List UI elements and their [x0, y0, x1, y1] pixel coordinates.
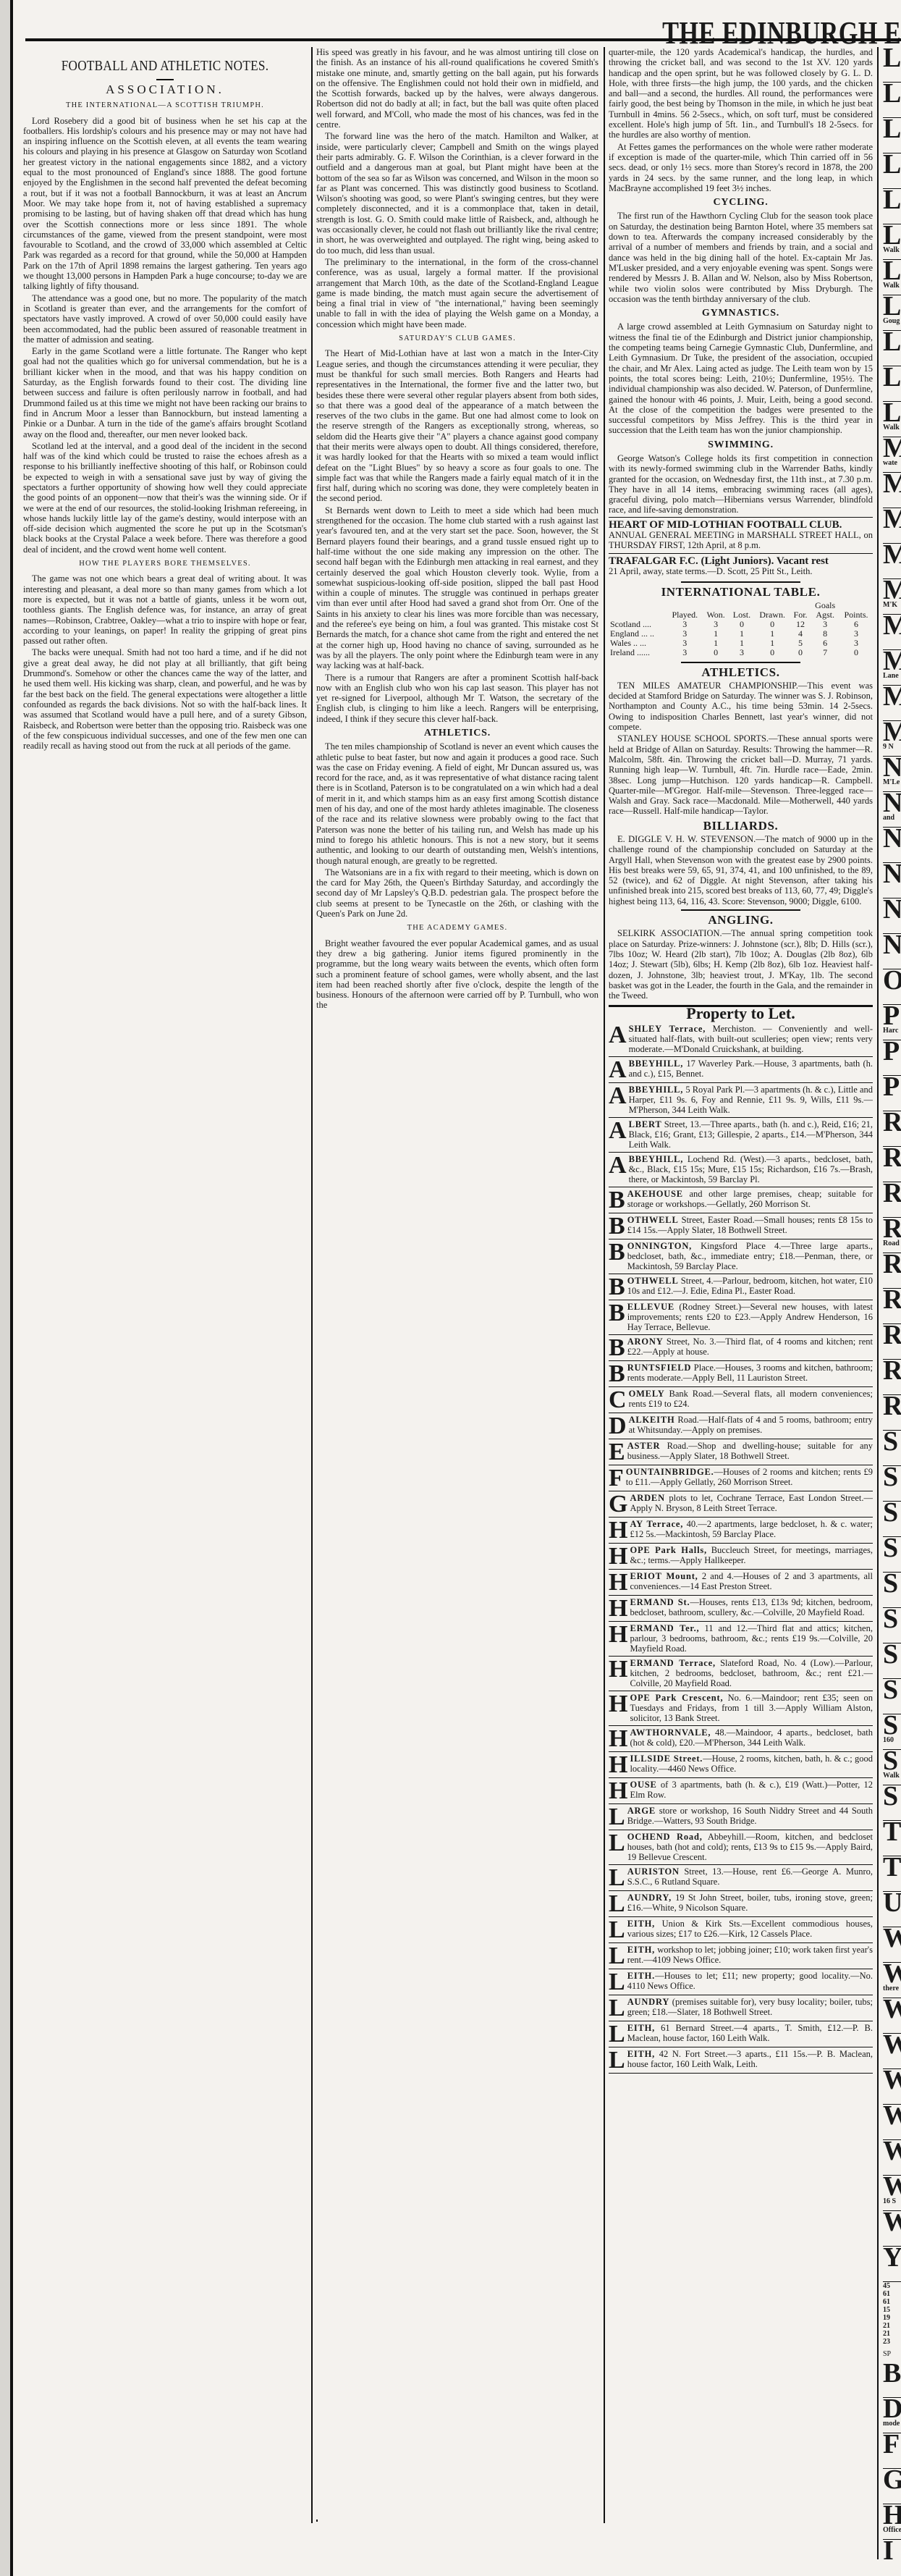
section-heading-athletics: ATHLETICS. — [609, 668, 873, 678]
cropped-listing: S — [883, 1785, 901, 1821]
drop-cap: L — [883, 153, 901, 175]
cropped-listing: O — [883, 969, 901, 1005]
cell: 1 — [729, 629, 754, 639]
notice-trafalgar: TRAFALGAR F.C. (Light Juniors). Vacant r… — [609, 553, 873, 579]
goals-label: Goals — [811, 601, 839, 610]
table-title: INTERNATIONAL TABLE. — [609, 587, 873, 597]
listing-text: Street, 13.—Three aparts., bath (h. and … — [629, 1119, 873, 1150]
drop-cap: M — [883, 650, 901, 672]
listing-fragment: Harc — [883, 1027, 901, 1035]
paragraph: George Watson's College holds its first … — [609, 453, 873, 515]
drop-cap: C — [609, 1390, 627, 1410]
cell: 1 — [755, 629, 790, 639]
column-sports-and-property: quarter-mile, the 120 yards Academical's… — [609, 47, 873, 2574]
listing-lead: OPE Park Crescent, — [630, 1693, 723, 1703]
property-listing: EASTER Road.—Shop and dwelling-house; su… — [609, 1439, 873, 1465]
team-name: England ... .. — [609, 629, 667, 639]
drop-cap: L — [609, 1998, 625, 2019]
paragraph: The forward line was the hero of the mat… — [316, 131, 598, 256]
cropped-listing: R — [883, 1147, 901, 1182]
title-rule — [156, 79, 174, 80]
property-listing: LAURISTON Street, 13.—House, rent £6.—Ge… — [609, 1865, 873, 1891]
property-listing: HAWTHORNVALE, 48.—Maindoor, 4 aparts., b… — [609, 1726, 873, 1752]
cell: 0 — [790, 648, 811, 657]
cropped-listing: Wthere — [883, 1963, 901, 1998]
drop-cap: N — [883, 757, 901, 778]
property-listing: LEITH, workshop to let; jobbing joiner; … — [609, 1943, 873, 1969]
column-divider — [604, 47, 605, 2523]
listing-text: Road.—Shop and dwelling-house; suitable … — [627, 1441, 873, 1461]
column-header: Lost. — [729, 610, 754, 620]
page-edge-rule — [10, 0, 13, 2576]
cell: 0 — [755, 620, 790, 629]
cell: 5 — [790, 639, 811, 648]
listing-lead: EITH, — [627, 1945, 655, 1955]
table-header-row: Played. Won. Lost. Drawn. For. Agst. Poi… — [609, 610, 873, 620]
cropped-listing: R — [883, 1111, 901, 1147]
property-listing: HILLSIDE Street.—House, 2 rooms, kitchen… — [609, 1752, 873, 1778]
cropped-listing: L — [883, 189, 901, 224]
drop-cap: S — [883, 1750, 901, 1772]
listing-fragment: M'Le — [883, 778, 901, 786]
listing-text: plots to let, Cochrane Terrace, East Lon… — [630, 1493, 873, 1513]
listing-lead: ERMAND Terrace, — [630, 1658, 715, 1668]
cropped-listing: L — [883, 47, 901, 83]
subheading: THE ACADEMY GAMES. — [316, 923, 598, 933]
drop-cap: S — [883, 1573, 901, 1594]
paragraph: The Heart of Mid-Lothian have at last wo… — [316, 348, 598, 503]
cropped-listing: T — [883, 1856, 901, 1892]
drop-cap: I — [883, 2540, 901, 2559]
paragraph: The Watsonians are in a fix with regard … — [316, 867, 598, 919]
section-heading: ASSOCIATION. — [23, 85, 307, 95]
street-number: 15 — [883, 2306, 901, 2314]
drop-cap: S — [883, 1502, 901, 1523]
drop-cap: L — [883, 260, 901, 282]
cropped-listing: N — [883, 898, 901, 934]
cell: 6 — [839, 620, 873, 629]
cropped-listing: M — [883, 544, 901, 579]
subheading: THE INTERNATIONAL—A SCOTTISH TRIUMPH. — [23, 101, 307, 111]
drop-cap: S — [883, 1785, 901, 1807]
column-football-notes: FOOTBALL AND ATHLETIC NOTES. ASSOCIATION… — [23, 47, 307, 2523]
drop-cap: A — [609, 1060, 627, 1080]
team-name: Wales .. ... — [609, 639, 667, 648]
article-title: FOOTBALL AND ATHLETIC NOTES. — [43, 57, 287, 75]
cropped-listing: HOffice — [883, 2504, 901, 2540]
cell: 3 — [839, 639, 873, 648]
drop-cap: U — [883, 1892, 901, 1914]
drop-cap: D — [609, 1416, 627, 1436]
subheading: ATHLETICS. — [316, 728, 598, 738]
drop-cap: T — [883, 1821, 901, 1843]
column-football-continued: His speed was greatly in his favour, and… — [316, 47, 598, 2523]
property-listing: ABBEYHILL, 5 Royal Park Pl.—3 apartments… — [609, 1083, 873, 1118]
cropped-listing: W — [883, 1927, 901, 1963]
cropped-listing: R — [883, 1289, 901, 1324]
listing-text: 61 Bernard Street.—4 aparts., T. Smith, … — [627, 2023, 873, 2043]
paragraph: St Bernards went down to Leith to meet a… — [316, 505, 598, 671]
listing-lead: ILLSIDE Street. — [630, 1754, 703, 1764]
drop-cap: P — [883, 1005, 901, 1027]
drop-cap: R — [883, 1253, 901, 1275]
drop-cap: R — [883, 1395, 901, 1417]
listing-fragment: mode — [883, 2420, 901, 2428]
drop-cap: R — [883, 1360, 901, 1381]
drop-cap: L — [883, 366, 901, 388]
drop-cap: R — [883, 1324, 901, 1346]
drop-cap: H — [609, 1755, 627, 1775]
cropped-listing: L — [883, 83, 901, 118]
section-rule — [681, 662, 800, 663]
property-listing: BOTHWELL Street, Easter Road.—Small hous… — [609, 1213, 873, 1239]
drop-cap: S — [883, 1466, 901, 1488]
drop-cap: E — [609, 1442, 625, 1462]
property-listing: ASHLEY Terrace, Merchiston. — Convenient… — [609, 1022, 873, 1057]
column-divider — [311, 47, 313, 2523]
cropped-listing: G — [883, 2469, 901, 2504]
property-listing: HAY Terrace, 40.—2 apartments, large bed… — [609, 1518, 873, 1544]
drop-cap: L — [609, 2024, 625, 2045]
cell: 3 — [667, 648, 703, 657]
listing-fragment: Goug — [883, 317, 901, 325]
drop-cap: H — [609, 1599, 627, 1619]
cropped-listing: B — [883, 2362, 901, 2398]
paragraph: E. DIGGLE V. H. W. STEVENSON.—The match … — [609, 834, 873, 906]
table-row: Ireland ...... 3 0 3 0 0 7 0 — [609, 648, 873, 657]
listing-lead: LBERT — [629, 1119, 662, 1129]
drop-cap: S — [883, 1679, 901, 1701]
section-rule — [681, 909, 800, 911]
property-listing: HERMAND Terrace, Slateford Road, No. 4 (… — [609, 1657, 873, 1691]
column-header — [609, 610, 667, 620]
property-listing: HERMAND St.—Houses, rents £13, £13s 9d; … — [609, 1596, 873, 1622]
cropped-listing: P — [883, 1076, 901, 1111]
listing-lead: RUNTSFIELD — [627, 1363, 692, 1373]
paragraph: STANLEY HOUSE SCHOOL SPORTS.—These annua… — [609, 733, 873, 816]
drop-cap: W — [883, 2034, 901, 2055]
paragraph: The preliminary to the international, in… — [316, 257, 598, 329]
cropped-listing: S — [883, 1679, 901, 1714]
listing-lead: BBEYHILL, — [629, 1085, 684, 1095]
paragraph: A large crowd assembled at Leith Gymnasi… — [609, 321, 873, 435]
drop-cap: M — [883, 544, 901, 565]
paragraph: TEN MILES AMATEUR CHAMPIONSHIP.—This eve… — [609, 681, 873, 732]
drop-cap: S — [883, 1608, 901, 1630]
drop-cap: W — [883, 1927, 901, 1949]
drop-cap: H — [883, 2504, 901, 2526]
section-heading-billiards: BILLIARDS. — [609, 821, 873, 831]
drop-cap: L — [609, 1894, 625, 1914]
drop-cap: A — [609, 1086, 627, 1106]
subheading: HOW THE PLAYERS BORE THEMSELVES. — [23, 559, 307, 569]
drop-cap: W — [883, 2069, 901, 2091]
cropped-listing: U — [883, 1892, 901, 1927]
cropped-listing-letters: LLLLLLWalkLWalkLGougLLLWalkMwateMMMMM'KM… — [883, 47, 901, 2559]
property-listing: LEITH.—Houses to let; £11; new property;… — [609, 1969, 873, 1995]
property-listing: LOCHEND Road, Abbeyhill.—Room, kitchen, … — [609, 1830, 873, 1865]
column-header: Drawn. — [755, 610, 790, 620]
drop-cap: W — [883, 2105, 901, 2126]
drop-cap: L — [609, 2050, 625, 2071]
section-heading-swimming: SWIMMING. — [609, 440, 873, 450]
drop-cap: T — [883, 1856, 901, 1878]
cell: 8 — [811, 629, 839, 639]
listing-lead: OTHWELL — [627, 1215, 679, 1225]
listing-lead: ARONY — [627, 1337, 664, 1347]
property-listing: HOUSE of 3 apartments, bath (h. & c.), £… — [609, 1778, 873, 1804]
drop-cap: B — [609, 1190, 625, 1211]
team-name: Scotland .... — [609, 620, 667, 629]
listing-text: store or workshop, 16 South Niddry Stree… — [627, 1806, 873, 1826]
drop-cap: H — [609, 1573, 627, 1593]
cell: 1 — [755, 639, 790, 648]
cropped-listing: S — [883, 1643, 901, 1679]
column-divider — [877, 47, 879, 2559]
drop-cap: L — [609, 1807, 625, 1827]
property-listing: LEITH, 61 Bernard Street.—4 aparts., T. … — [609, 2021, 873, 2047]
listing-lead: EITH, — [627, 2023, 655, 2033]
listing-lead: BBEYHILL, — [629, 1058, 684, 1069]
drop-cap: A — [609, 1121, 627, 1141]
listing-lead: EITH, — [627, 2049, 655, 2059]
listing-fragment: 160 — [883, 1736, 901, 1744]
listing-lead: AURISTON — [627, 1866, 680, 1877]
cropped-listing: L — [883, 118, 901, 153]
drop-cap: L — [609, 1920, 625, 1940]
drop-cap: L — [609, 1946, 625, 1966]
cell: 1 — [729, 639, 754, 648]
listing-lead: SHLEY Terrace, — [629, 1024, 706, 1034]
cropped-listing: LWalk — [883, 402, 901, 437]
cropped-listing: RRoad — [883, 1218, 901, 1253]
cropped-listing: S — [883, 1537, 901, 1573]
drop-cap: P — [883, 1076, 901, 1098]
drop-cap: R — [883, 1289, 901, 1310]
table-row: Scotland .... 3 3 0 0 12 3 6 — [609, 620, 873, 629]
listing-lead: ERIOT Mount, — [630, 1571, 698, 1581]
drop-cap: B — [883, 2362, 901, 2384]
property-listing: BONNINGTON, Kingsford Place 4.—Three lar… — [609, 1239, 873, 1274]
newspaper-masthead: THE EDINBURGH E — [662, 14, 901, 51]
listing-lead: ALKEITH — [629, 1415, 675, 1425]
drop-cap: R — [883, 1218, 901, 1239]
listing-lead: AUNDRY — [627, 1997, 670, 2007]
cropped-listing: Dmode — [883, 2398, 901, 2433]
drop-cap: W — [883, 1998, 901, 2020]
cell: 0 — [729, 620, 754, 629]
drop-cap: M — [883, 437, 901, 459]
property-listing: LEITH, Union & Kirk Sts.—Excellent commo… — [609, 1917, 873, 1943]
cropped-listing: W16 S — [883, 2176, 901, 2211]
drop-cap: S — [883, 1431, 901, 1452]
cropped-listing: MM'K — [883, 579, 901, 615]
cell: 1 — [703, 639, 729, 648]
paragraph: The ten miles championship of Scotland i… — [316, 741, 598, 866]
listing-fragment: there — [883, 1984, 901, 1992]
paragraph: The backs were unequal. Smith had not to… — [23, 647, 307, 751]
cropped-listing: P — [883, 1040, 901, 1076]
paragraph: Scotland led at the interval, and a good… — [23, 441, 307, 555]
drop-cap: B — [609, 1338, 625, 1358]
cell: 3 — [667, 629, 703, 639]
drop-cap: B — [609, 1364, 625, 1384]
drop-cap: L — [609, 1868, 625, 1888]
cropped-listing: R — [883, 1253, 901, 1289]
drop-cap: M — [883, 579, 901, 601]
cropped-listing: Mwate — [883, 437, 901, 473]
listing-lead: OPE Park Halls, — [630, 1545, 707, 1555]
drop-cap: H — [609, 1659, 627, 1680]
property-listing: BARONY Street, No. 3.—Third flat, of 4 r… — [609, 1335, 873, 1361]
cell: 3 — [729, 648, 754, 657]
listing-lead: ONNINGTON, — [627, 1241, 692, 1251]
listing-lead: ASTER — [627, 1441, 661, 1451]
drop-cap: S — [883, 1537, 901, 1559]
cropped-listing: F — [883, 2433, 901, 2469]
cell: 7 — [811, 648, 839, 657]
section-heading-angling: ANGLING. — [609, 915, 873, 925]
cell: 12 — [790, 620, 811, 629]
drop-cap: P — [883, 1040, 901, 1062]
column-header: Played. — [667, 610, 703, 620]
cropped-listing: W — [883, 2140, 901, 2176]
listing-lead: ARGE — [627, 1806, 656, 1816]
cropped-listing: N — [883, 828, 901, 863]
cropped-listing: M — [883, 473, 901, 508]
drop-cap: R — [883, 1147, 901, 1169]
drop-cap: S — [883, 1714, 901, 1736]
drop-cap: L — [609, 1833, 625, 1853]
drop-cap: W — [883, 2176, 901, 2197]
cell: 4 — [790, 629, 811, 639]
cropped-listing: R — [883, 1360, 901, 1395]
cropped-listing: N — [883, 934, 901, 969]
cropped-listing: Nand — [883, 792, 901, 828]
cell: 3 — [839, 629, 873, 639]
listing-lead: ELLEVUE — [627, 1302, 674, 1312]
cropped-listing: I — [883, 2540, 901, 2559]
cropped-listing: M — [883, 508, 901, 544]
property-listing: HERMAND Ter., 11 and 12.—Third flat and … — [609, 1622, 873, 1657]
cropped-listing: R — [883, 1324, 901, 1360]
drop-cap: Y — [883, 2247, 901, 2268]
listing-text: 42 N. Fort Street.—3 aparts., £11 15s.—P… — [627, 2049, 873, 2069]
cropped-listing: W — [883, 2105, 901, 2140]
drop-cap: A — [609, 1025, 627, 1045]
listing-lead: AUNDRY, — [627, 1893, 672, 1903]
listing-lead: OUSE — [630, 1780, 656, 1790]
drop-cap: W — [883, 2140, 901, 2162]
listing-text: workshop to let; jobbing joiner; £10; wo… — [627, 1945, 873, 1965]
cropped-listing: M — [883, 686, 901, 721]
listing-fragment: Office — [883, 2526, 901, 2534]
drop-cap: N — [883, 792, 901, 814]
column-header: Points. — [839, 610, 873, 620]
street-number: 21 — [883, 2330, 901, 2338]
table-row: Wales .. ... 3 1 1 1 5 6 3 — [609, 639, 873, 648]
cropped-listing: PHarc — [883, 1005, 901, 1040]
property-listing: BELLEVUE (Rodney Street.)—Several new ho… — [609, 1300, 873, 1335]
cell: 0 — [839, 648, 873, 657]
property-listing: LAUNDRY (premises suitable for), very bu… — [609, 1995, 873, 2021]
street-number: 19 — [883, 2314, 901, 2322]
listing-lead: OTHWELL — [627, 1276, 679, 1286]
drop-cap: N — [883, 934, 901, 956]
listing-lead: EITH. — [627, 1971, 655, 1981]
drop-cap: B — [609, 1242, 625, 1263]
cropped-listing: T — [883, 1821, 901, 1856]
drop-cap: H — [609, 1694, 627, 1714]
cropped-listing: S — [883, 1466, 901, 1502]
listing-text: Union & Kirk Sts.—Excellent commodious h… — [627, 1919, 873, 1939]
cell: 3 — [667, 639, 703, 648]
cropped-listing: Y — [883, 2247, 901, 2282]
drop-cap: M — [883, 721, 901, 743]
paragraph: His speed was greatly in his favour, and… — [316, 47, 598, 130]
paragraph: SELKIRK ASSOCIATION.—The annual spring c… — [609, 928, 873, 1001]
drop-cap: L — [883, 402, 901, 424]
cell: 6 — [811, 639, 839, 648]
property-listing: LEITH, 42 N. Fort Street.—3 aparts., £11… — [609, 2047, 873, 2074]
cropped-listing: M9 N — [883, 721, 901, 757]
drop-cap: N — [883, 863, 901, 885]
drop-cap: L — [883, 331, 901, 353]
cropped-listing: W — [883, 2034, 901, 2069]
column-header: Won. — [703, 610, 729, 620]
cell: 3 — [667, 620, 703, 629]
drop-cap: R — [883, 1111, 901, 1133]
heading-fragment: SP — [883, 2350, 901, 2358]
listing-lead: AY Terrace, — [630, 1519, 683, 1529]
cropped-listing: NM'Le — [883, 757, 901, 792]
drop-cap: H — [609, 1729, 627, 1749]
cropped-listing: R — [883, 1395, 901, 1431]
masthead-rule — [25, 38, 901, 41]
cropped-listing: S — [883, 1431, 901, 1466]
cell: 0 — [755, 648, 790, 657]
property-listing: HOPE Park Halls, Buccleuch Street, for m… — [609, 1544, 873, 1570]
cropped-listing: W — [883, 2211, 901, 2247]
listing-lead: AKEHOUSE — [627, 1189, 683, 1199]
listing-fragment: Walk — [883, 1772, 901, 1780]
cropped-listing: S — [883, 1502, 901, 1537]
table-row: England ... .. 3 1 1 1 4 8 3 — [609, 629, 873, 639]
drop-cap: W — [883, 2211, 901, 2233]
cropped-listing: L — [883, 153, 901, 189]
paragraph: The attendance was a good one, but no mo… — [23, 293, 307, 345]
cropped-listing: LWalk — [883, 260, 901, 295]
paragraph: The first run of the Hawthorn Cycling Cl… — [609, 211, 873, 304]
notice-body: ANNUAL GENERAL MEETING in MARSHALL STREE… — [609, 530, 873, 551]
paragraph: The game was not one which bears a great… — [23, 573, 307, 646]
notice-body: 21 April, away, state terms.—D. Scott, 2… — [609, 566, 873, 576]
paragraph: At Fettes games the performances on the … — [609, 142, 873, 193]
cropped-listing: MLane — [883, 650, 901, 686]
cell: 1 — [703, 629, 729, 639]
property-listing: FOUNTAINBRIDGE.—Houses of 2 rooms and ki… — [609, 1465, 873, 1491]
street-number: 23 — [883, 2338, 901, 2346]
column-header: Agst. — [811, 610, 839, 620]
cropped-listing: LWalk — [883, 224, 901, 260]
listing-fragment: Walk — [883, 282, 901, 290]
drop-cap: S — [883, 1643, 901, 1665]
drop-cap: L — [883, 295, 901, 317]
property-listing: DALKEITH Road.—Half-flats of 4 and 5 roo… — [609, 1413, 873, 1439]
paragraph: Lord Rosebery did a good bit of business… — [23, 116, 307, 292]
drop-cap: L — [883, 83, 901, 104]
property-listing: HOPE Park Crescent, No. 6.—Maindoor; ren… — [609, 1691, 873, 1726]
